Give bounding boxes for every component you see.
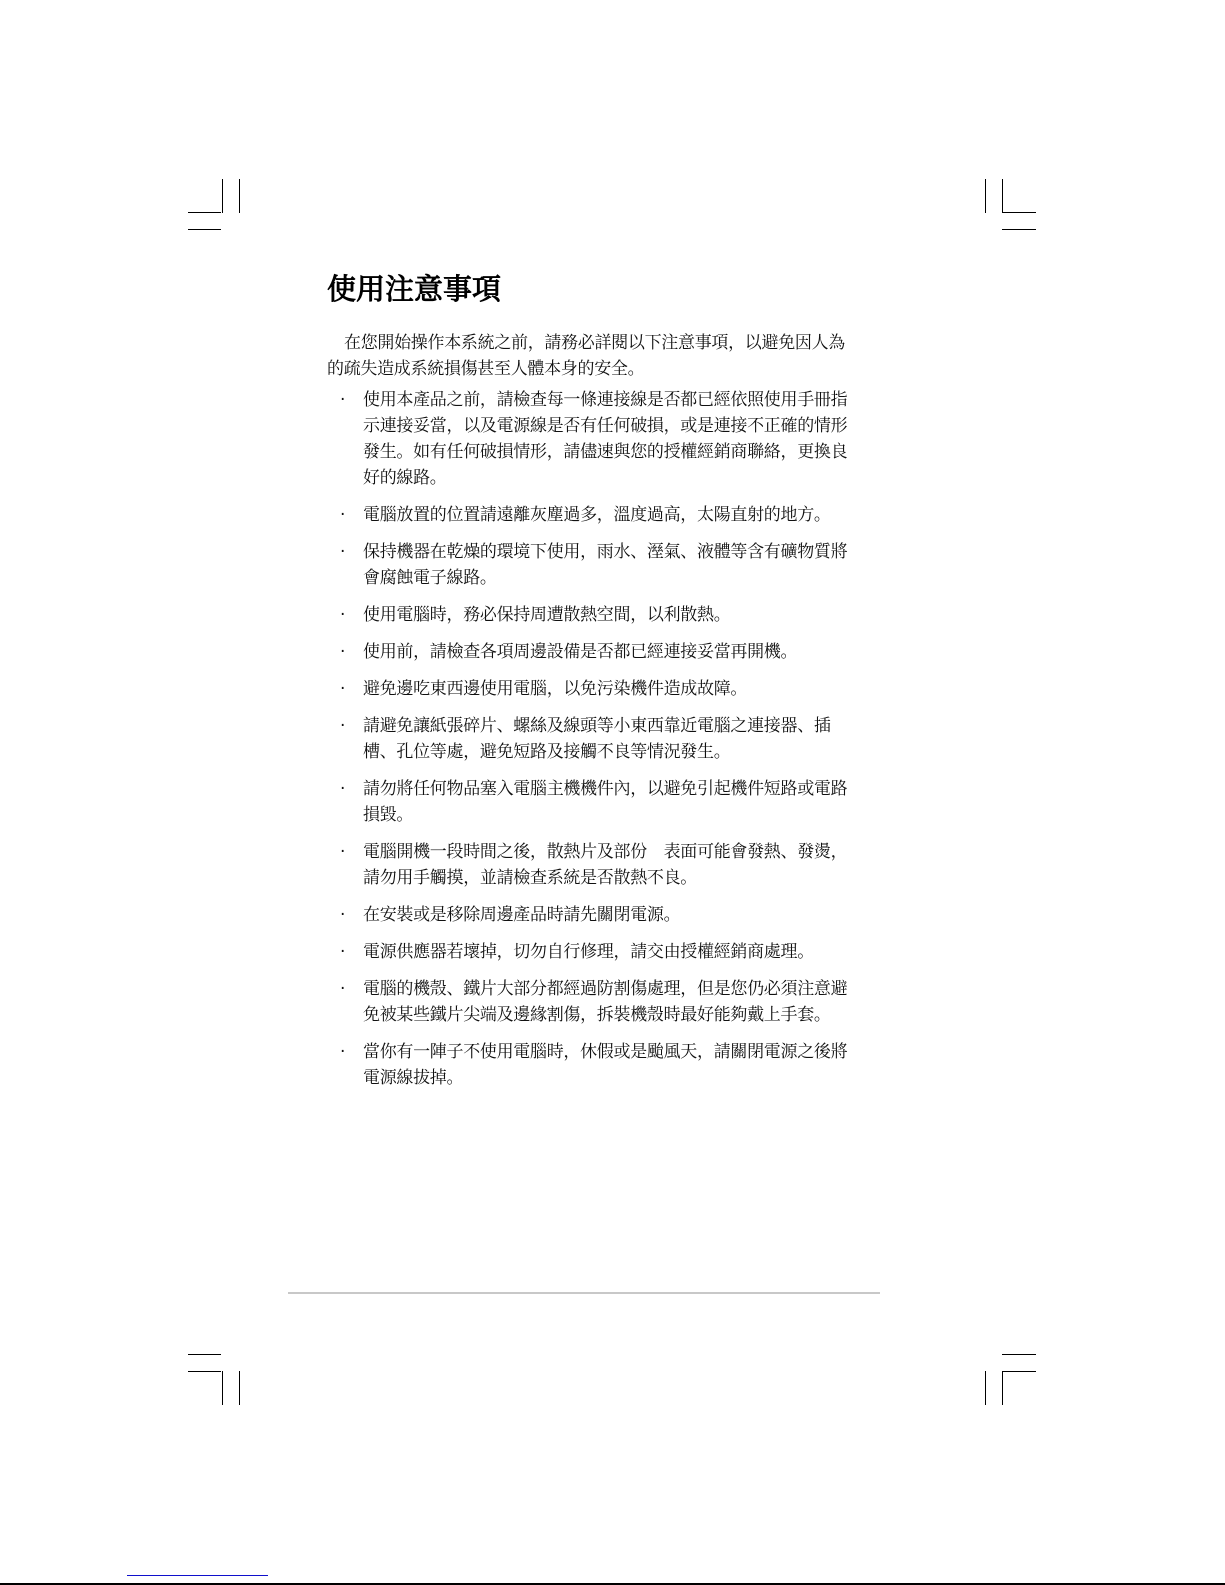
list-item: ·電源供應器若壞掉，切勿自行修理，請交由授權經銷商處理。 bbox=[340, 939, 860, 965]
list-item-text: 電腦放置的位置請遠離灰塵過多，溫度過高，太陽直射的地方。 bbox=[363, 505, 831, 525]
list-item-text: 電腦開機一段時間之後，散熱片及部份 表面可能會發熱、發燙，請勿用手觸摸，並請檢查… bbox=[363, 842, 847, 888]
list-item-text: 避免邊吃東西邊使用電腦，以免污染機件造成故障。 bbox=[363, 679, 747, 699]
list-item-text: 請避免讓紙張碎片、螺絲及線頭等小東西靠近電腦之連接器、插槽、孔位等處，避免短路及… bbox=[363, 716, 831, 762]
page-title: 使用注意事項 bbox=[327, 271, 501, 307]
bullet-icon: · bbox=[340, 676, 354, 702]
list-item-text: 電源供應器若壞掉，切勿自行修理，請交由授權經銷商處理。 bbox=[363, 942, 814, 962]
list-item: ·當你有一陣子不使用電腦時，休假或是颱風天，請關閉電源之後將電源線拔掉。 bbox=[340, 1039, 860, 1091]
crop-mark-top-left-h2 bbox=[188, 229, 221, 230]
crop-mark-top-left-v1 bbox=[222, 179, 223, 213]
crop-mark-top-right-v1 bbox=[985, 179, 986, 213]
precautions-list: ·使用本產品之前，請檢查每一條連接線是否都已經依照使用手冊指示連接妥當，以及電源… bbox=[340, 387, 860, 1102]
list-item-text: 當你有一陣子不使用電腦時，休假或是颱風天，請關閉電源之後將電源線拔掉。 bbox=[363, 1042, 847, 1088]
crop-mark-top-right-h1 bbox=[1002, 212, 1036, 213]
footer-divider bbox=[288, 1292, 880, 1294]
crop-mark-top-right-v2 bbox=[1002, 179, 1003, 213]
list-item: ·請勿將任何物品塞入電腦主機機件內，以避免引起機件短路或電路損毀。 bbox=[340, 776, 860, 828]
list-item: ·電腦放置的位置請遠離灰塵過多，溫度過高，太陽直射的地方。 bbox=[340, 502, 860, 528]
list-item: ·在安裝或是移除周邊產品時請先關閉電源。 bbox=[340, 902, 860, 928]
list-item: ·使用本產品之前，請檢查每一條連接線是否都已經依照使用手冊指示連接妥當，以及電源… bbox=[340, 387, 860, 491]
bullet-icon: · bbox=[340, 502, 354, 528]
link-underline bbox=[127, 1575, 268, 1576]
list-item-text: 在安裝或是移除周邊產品時請先關閉電源。 bbox=[363, 905, 680, 925]
bullet-icon: · bbox=[340, 713, 354, 739]
list-item: ·避免邊吃東西邊使用電腦，以免污染機件造成故障。 bbox=[340, 676, 860, 702]
crop-mark-top-left-v2 bbox=[239, 179, 240, 213]
list-item: ·電腦開機一段時間之後，散熱片及部份 表面可能會發熱、發燙，請勿用手觸摸，並請檢… bbox=[340, 839, 860, 891]
list-item: ·保持機器在乾燥的環境下使用，雨水、溼氣、液體等含有礦物質將會腐蝕電子線路。 bbox=[340, 539, 860, 591]
bullet-icon: · bbox=[340, 776, 354, 802]
crop-mark-bottom-right-v2 bbox=[1002, 1371, 1003, 1405]
crop-mark-bottom-left-v1 bbox=[222, 1371, 223, 1405]
bullet-icon: · bbox=[340, 839, 354, 865]
bullet-icon: · bbox=[340, 902, 354, 928]
crop-mark-bottom-left-h2 bbox=[188, 1371, 221, 1372]
list-item-text: 使用本產品之前，請檢查每一條連接線是否都已經依照使用手冊指示連接妥當，以及電源線… bbox=[363, 390, 847, 488]
bullet-icon: · bbox=[340, 539, 354, 565]
crop-mark-top-right-h2 bbox=[1002, 229, 1036, 230]
list-item-text: 使用電腦時，務必保持周遭散熱空間，以利散熱。 bbox=[363, 605, 730, 625]
list-item: ·使用電腦時，務必保持周遭散熱空間，以利散熱。 bbox=[340, 602, 860, 628]
list-item: ·使用前，請檢查各項周邊設備是否都已經連接妥當再開機。 bbox=[340, 639, 860, 665]
list-item-text: 請勿將任何物品塞入電腦主機機件內，以避免引起機件短路或電路損毀。 bbox=[363, 779, 847, 825]
bullet-icon: · bbox=[340, 976, 354, 1002]
bullet-icon: · bbox=[340, 939, 354, 965]
crop-mark-bottom-right-h2 bbox=[1002, 1371, 1036, 1372]
intro-paragraph: 在您開始操作本系統之前，請務必詳閱以下注意事項，以避免因人為的疏失造成系統損傷甚… bbox=[327, 330, 857, 382]
list-item: ·請避免讓紙張碎片、螺絲及線頭等小東西靠近電腦之連接器、插槽、孔位等處，避免短路… bbox=[340, 713, 860, 765]
list-item-text: 保持機器在乾燥的環境下使用，雨水、溼氣、液體等含有礦物質將會腐蝕電子線路。 bbox=[363, 542, 847, 588]
crop-mark-bottom-left-h1 bbox=[188, 1354, 221, 1355]
bullet-icon: · bbox=[340, 1039, 354, 1065]
list-item-text: 使用前，請檢查各項周邊設備是否都已經連接妥當再開機。 bbox=[363, 642, 797, 662]
crop-mark-top-left-h1 bbox=[188, 212, 221, 213]
list-item: ·電腦的機殼、鐵片大部分都經過防割傷處理，但是您仍必須注意避免被某些鐵片尖端及邊… bbox=[340, 976, 860, 1028]
list-item-text: 電腦的機殼、鐵片大部分都經過防割傷處理，但是您仍必須注意避免被某些鐵片尖端及邊緣… bbox=[363, 979, 847, 1025]
bullet-icon: · bbox=[340, 387, 354, 413]
bullet-icon: · bbox=[340, 602, 354, 628]
crop-mark-bottom-left-v2 bbox=[239, 1371, 240, 1405]
crop-mark-bottom-right-v1 bbox=[985, 1371, 986, 1405]
bullet-icon: · bbox=[340, 639, 354, 665]
crop-mark-bottom-right-h1 bbox=[1002, 1354, 1036, 1355]
